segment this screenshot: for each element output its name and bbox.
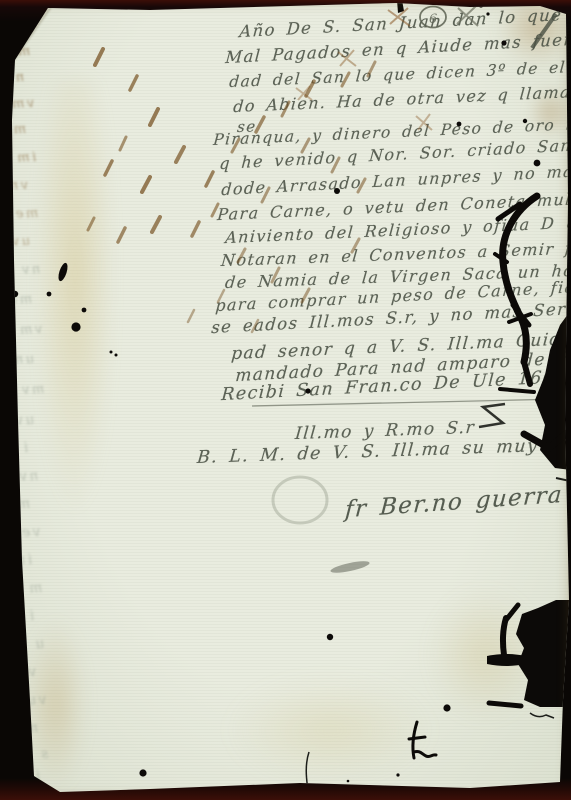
rubric-oval bbox=[273, 477, 327, 523]
pen-flourish bbox=[532, 14, 556, 48]
folio-number: 6 bbox=[429, 12, 437, 27]
fn-ink-mark bbox=[409, 722, 436, 758]
bottom-right-ink-blot bbox=[487, 600, 571, 718]
top-edge-ink-tick bbox=[397, 0, 404, 13]
z-pen-stroke bbox=[479, 404, 505, 427]
manuscript-scan: mv vm me uviv nv mi nuv im umv en vum um… bbox=[0, 0, 571, 800]
paper-sheet: mv vm me uviv nv mi nuv im umv en vum um… bbox=[0, 0, 571, 800]
right-edge-ink-stroke bbox=[495, 196, 537, 392]
dash-ink-mark bbox=[556, 478, 570, 481]
x-flourish-marks bbox=[296, 6, 478, 130]
ink-marks-layer: 6 bbox=[0, 0, 571, 800]
folio-number-mark: 6 bbox=[420, 7, 446, 28]
date-underline bbox=[252, 399, 563, 406]
s-squiggle-mark bbox=[305, 752, 309, 794]
ink-splatter-dots bbox=[12, 2, 541, 790]
ink-smudge bbox=[330, 559, 371, 575]
bleedthrough-ink-strokes bbox=[88, 49, 375, 332]
